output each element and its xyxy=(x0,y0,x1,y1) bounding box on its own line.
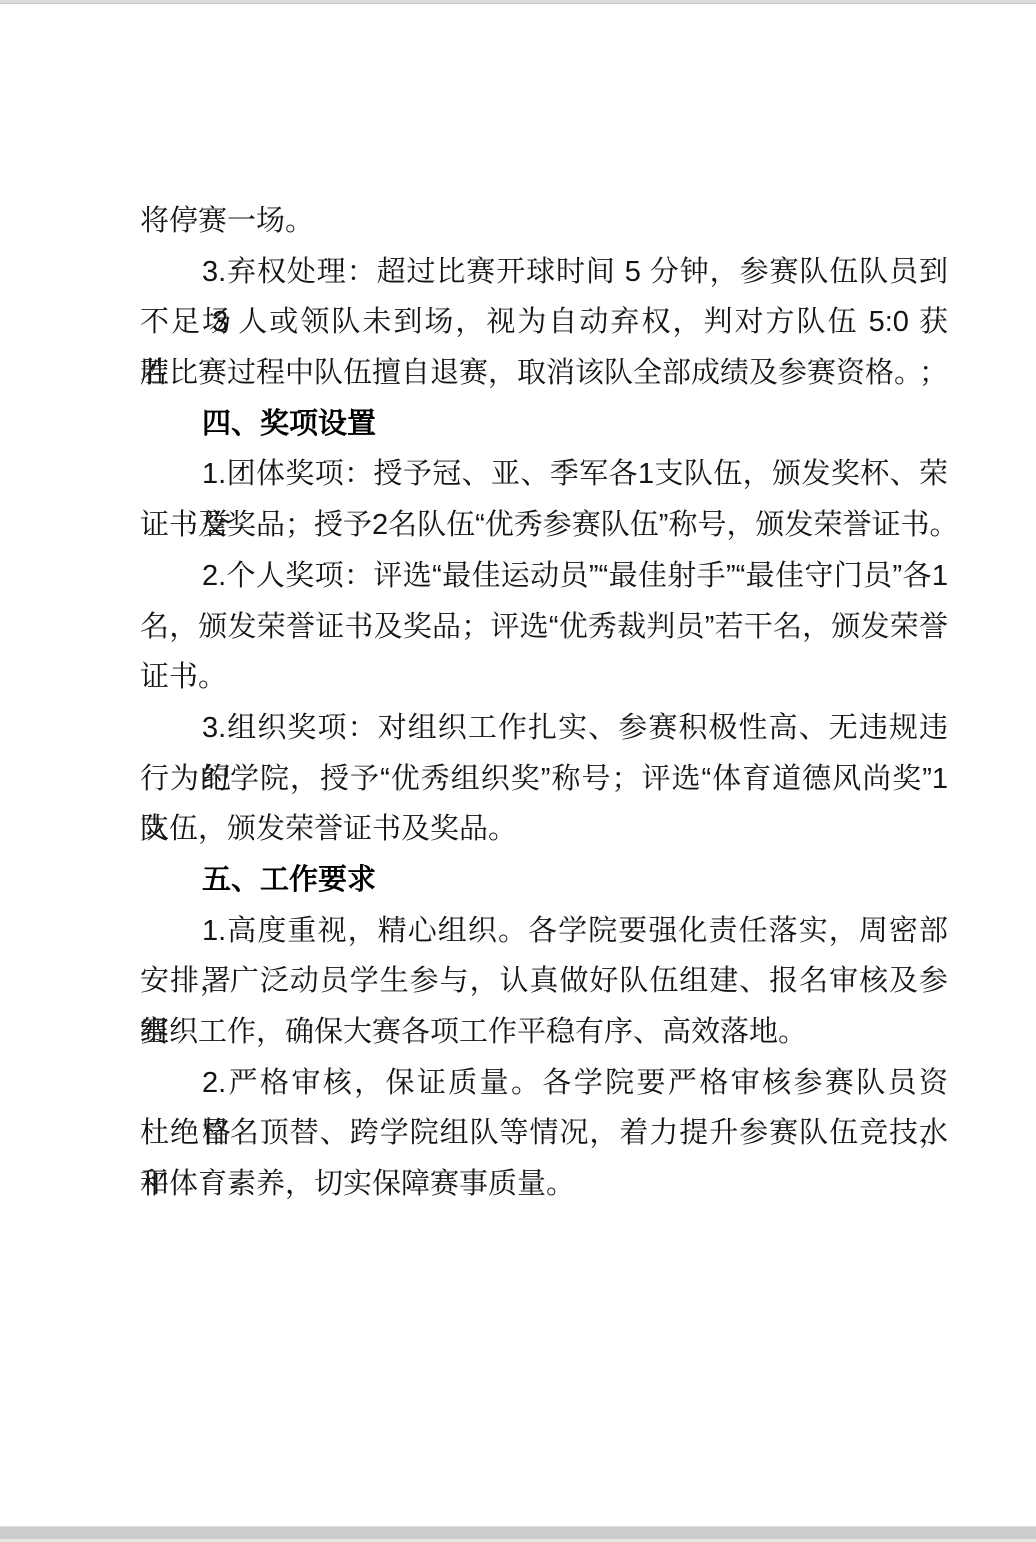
text-line: 2.严格审核，保证质量。各学院要严格审核参赛队员资格， xyxy=(140,1058,948,1109)
bottom-edge-bar xyxy=(0,1526,1036,1539)
text-line: 若比赛过程中队伍擅自退赛，取消该队全部成绩及参赛资格。 xyxy=(140,348,948,399)
text-line: 名，颁发荣誉证书及奖品；评选“优秀裁判员”若干名，颁发荣誉 xyxy=(140,602,948,653)
section-heading: 四、奖项设置 xyxy=(140,399,948,450)
text-line: 3.组织奖项：对组织工作扎实、参赛积极性高、无违规违纪 xyxy=(140,703,948,754)
text-line: 队伍，颁发荣誉证书及奖品。 xyxy=(140,804,948,855)
top-edge-bar xyxy=(0,0,1036,4)
text-line: 不足 3 人或领队未到场，视为自动弃权，判对方队伍 5:0 获胜； xyxy=(140,297,948,348)
text-line: 组织工作，确保大赛各项工作平稳有序、高效落地。 xyxy=(140,1007,948,1058)
text-line: 3.弃权处理：超过比赛开球时间 5 分钟，参赛队伍队员到场 xyxy=(140,247,948,298)
text-line: 安排，广泛动员学生参与，认真做好队伍组建、报名审核及参赛 xyxy=(140,956,948,1007)
text-line: 和体育素养，切实保障赛事质量。 xyxy=(140,1159,948,1210)
text-line: 2.个人奖项：评选“最佳运动员”“最佳射手”“最佳守门员”各1 xyxy=(140,551,948,602)
text-line: 将停赛一场。 xyxy=(140,196,948,247)
section-heading: 五、工作要求 xyxy=(140,855,948,906)
text-line: 1.高度重视，精心组织。各学院要强化责任落实，周密部署 xyxy=(140,906,948,957)
text-line: 1.团体奖项：授予冠、亚、季军各1支队伍，颁发奖杯、荣誉 xyxy=(140,449,948,500)
text-line: 证书及奖品；授予2名队伍“优秀参赛队伍”称号，颁发荣誉证书。 xyxy=(140,500,948,551)
text-line: 行为的学院，授予“优秀组织奖”称号；评选“体育道德风尚奖”1支 xyxy=(140,754,948,805)
document-text: 将停赛一场。3.弃权处理：超过比赛开球时间 5 分钟，参赛队伍队员到场不足 3 … xyxy=(140,196,948,1210)
text-line: 杜绝冒名顶替、跨学院组队等情况，着力提升参赛队伍竞技水平 xyxy=(140,1108,948,1159)
text-line: 证书。 xyxy=(140,652,948,703)
